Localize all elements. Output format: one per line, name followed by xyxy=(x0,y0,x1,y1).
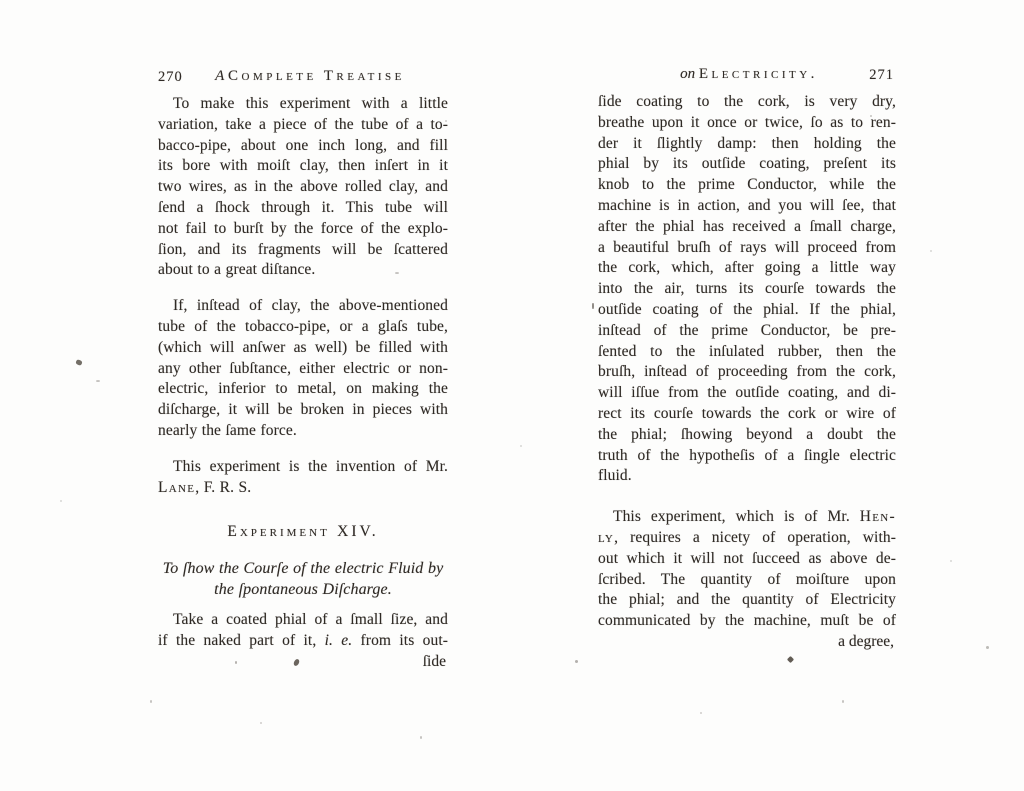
experiment-subtitle: To ſhow the Courſe of the electric Fluid… xyxy=(158,558,448,600)
text-line: electric, inferior to metal, on making t… xyxy=(158,379,448,400)
text-segment: i. e. xyxy=(325,632,353,649)
right-running-header: on Electricity. 271 xyxy=(598,64,896,86)
catchword: a degree, xyxy=(598,632,896,653)
paragraph: This experiment, which is of Mr. Hen-ly,… xyxy=(598,507,896,632)
paragraph: This experiment is the invention of Mr.L… xyxy=(158,457,448,499)
text-line: variation, take a piece of the tube of a… xyxy=(158,115,448,136)
text-line: Lane, F. R. S. xyxy=(158,478,448,499)
running-title: A Complete Treatise xyxy=(215,68,405,84)
ink-speck xyxy=(395,272,399,274)
text-line: ſcribed. The quantity of moiſture upon xyxy=(598,570,896,591)
text-line: (which will anſwer as well) be filled wi… xyxy=(158,338,448,359)
left-running-header: 270 A Complete Treatise xyxy=(158,66,448,88)
right-page: on Electricity. 271 ſide coating to the … xyxy=(598,64,896,653)
text-line: bacco-pipe, about one inch long, and fil… xyxy=(158,136,448,157)
text-line: tube of the tobacco-pipe, or a glaſs tub… xyxy=(158,317,448,338)
ink-speck xyxy=(700,712,702,714)
text-line: nearly the ſame force. xyxy=(158,421,448,442)
running-title-preposition: on xyxy=(680,66,695,82)
text-line: breathe upon it once or twice, ſo as to … xyxy=(598,113,896,134)
text-line: not fail to burſt by the force of the ex… xyxy=(158,219,448,240)
ink-speck xyxy=(260,722,262,724)
text-line: knob to the prime Conductor, while the xyxy=(598,175,896,196)
text-line: Experiment XIV. xyxy=(158,522,448,543)
text-line: inſtead of the prime Conductor, be pre- xyxy=(598,321,896,342)
ink-speck xyxy=(420,736,422,739)
text-line: machine is in action, and you will ſee, … xyxy=(598,196,896,217)
text-line: two wires, as in the above rolled clay, … xyxy=(158,177,448,198)
text-line: will iſſue from the outſide coating, and… xyxy=(598,383,896,404)
text-line: the ſpontaneous Diſcharge. xyxy=(158,579,448,600)
ink-speck xyxy=(592,303,594,309)
text-line: the phial; ſhowing beyond a doubt the xyxy=(598,425,896,446)
running-title: on Electricity. xyxy=(680,66,818,82)
text-line: To make this experiment with a little xyxy=(158,94,448,115)
ink-speck xyxy=(235,661,237,664)
ink-speck xyxy=(950,560,952,562)
text-line: truth of the hypotheſis of a ſingle elec… xyxy=(598,446,896,467)
text-line: the cork, which, after going a little wa… xyxy=(598,258,896,279)
text-line: ſide coating to the cork, is very dry, xyxy=(598,92,896,113)
text-segment: ly xyxy=(598,529,614,546)
text-line: This experiment, which is of Mr. Hen- xyxy=(598,507,896,528)
text-line: if the naked part of it, i. e. from its … xyxy=(158,631,448,652)
text-segment: Hen- xyxy=(860,508,896,525)
text-line: bruſh, inſtead of proceeding from the co… xyxy=(598,362,896,383)
text-line: communicated by the machine, muſt be of xyxy=(598,611,896,632)
page-number: 271 xyxy=(869,65,894,86)
page-number: 270 xyxy=(158,67,183,88)
ink-speck xyxy=(520,445,522,447)
text-line: This experiment is the invention of Mr. xyxy=(158,457,448,478)
experiment-heading: Experiment XIV. xyxy=(158,522,448,543)
text-line: out which it will not ſucceed as above d… xyxy=(598,549,896,570)
text-line: after the phial has received a ſmall cha… xyxy=(598,217,896,238)
ink-speck xyxy=(75,359,83,366)
text-line: Take a coated phial of a ſmall ſize, and xyxy=(158,610,448,631)
text-line: outſide coating of the phial. If the phi… xyxy=(598,300,896,321)
running-title-article: A xyxy=(215,68,224,84)
ink-speck xyxy=(150,700,152,703)
left-page: 270 A Complete Treatise To make this exp… xyxy=(158,66,448,673)
ink-speck xyxy=(870,115,872,117)
ink-speck xyxy=(60,500,62,502)
text-line: ſented to the inſulated rubber, then the xyxy=(598,342,896,363)
paragraph: To make this experiment with a littlevar… xyxy=(158,94,448,281)
running-title-text: Electricity. xyxy=(699,66,818,82)
paragraph: If, inſtead of clay, the above-mentioned… xyxy=(158,296,448,442)
text-segment: Lane xyxy=(158,479,195,496)
text-segment: , requires a nicety of operation, with- xyxy=(614,529,896,546)
catchword: ſide xyxy=(158,652,448,673)
text-segment: This experiment, which is of Mr. xyxy=(613,508,860,525)
ink-speck xyxy=(842,700,844,703)
text-line: ſion, and its fragments will be ſcattere… xyxy=(158,240,448,261)
text-line: into the air, turns its courſe towards t… xyxy=(598,279,896,300)
ink-speck xyxy=(930,250,932,252)
ink-speck xyxy=(575,660,578,663)
text-block: To make this experiment with a littlevar… xyxy=(158,94,448,652)
ink-speck xyxy=(787,656,794,663)
text-line: any other ſubſtance, either electric or … xyxy=(158,359,448,380)
text-segment: if the naked part of it, xyxy=(158,632,325,649)
text-line: rect its courſe towards the cork or wire… xyxy=(598,404,896,425)
text-line: a beautiful bruſh of rays will proceed f… xyxy=(598,238,896,259)
text-line: diſcharge, it will be broken in pieces w… xyxy=(158,400,448,421)
text-line: To ſhow the Courſe of the electric Fluid… xyxy=(158,558,448,579)
text-line: about to a great diſtance. xyxy=(158,260,448,281)
ink-speck xyxy=(445,120,447,122)
text-line: der it ſlightly damp: then holding the xyxy=(598,134,896,155)
text-line: ly, requires a nicety of operation, with… xyxy=(598,528,896,549)
text-segment: , F. R. S. xyxy=(195,479,251,496)
text-segment: from its out- xyxy=(352,632,448,649)
paragraph: Take a coated phial of a ſmall ſize, and… xyxy=(158,610,448,652)
text-line: phial by its outſide coating, preſent it… xyxy=(598,154,896,175)
text-line: its bore with moiſt clay, then inſert in… xyxy=(158,156,448,177)
ink-speck xyxy=(986,646,989,649)
text-block: ſide coating to the cork, is very dry,br… xyxy=(598,92,896,632)
text-line: fluid. xyxy=(598,466,896,487)
ink-speck xyxy=(96,380,100,382)
text-line: ſend a ſhock through it. This tube will xyxy=(158,198,448,219)
running-title-text: Complete Treatise xyxy=(228,68,405,84)
text-line: If, inſtead of clay, the above-mentioned xyxy=(158,296,448,317)
text-line: the phial; and the quantity of Electrici… xyxy=(598,590,896,611)
paragraph: ſide coating to the cork, is very dry,br… xyxy=(598,92,896,487)
book-scan: 270 A Complete Treatise To make this exp… xyxy=(0,0,1024,791)
